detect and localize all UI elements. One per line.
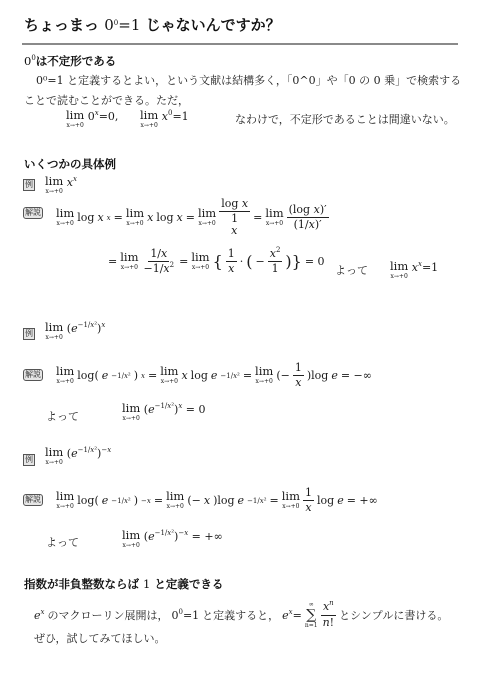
formula-lim-x0: limx→+0 x0=1 xyxy=(140,110,189,129)
example3-result: limx→+0 (e−1/x²)−x = +∞ xyxy=(122,530,223,549)
example3-problem: limx→+0 (e−1/x²)−x xyxy=(45,447,111,466)
section-heading-examples: いくつかの具体例 xyxy=(24,156,116,172)
example1-result: limx→+0 xx=1 xyxy=(390,261,438,280)
section-heading-indeterminate: 00は不定形である xyxy=(24,53,116,69)
formula-lim-0x: limx→+0 0x=0, xyxy=(66,110,118,129)
example1-problem: limx→+0 xx xyxy=(45,176,77,195)
example2-solution: limx→+0 log(e−1/x²)x = limx→+0 xlog e−1/… xyxy=(56,362,372,389)
solution-tag: 解説 xyxy=(23,205,43,219)
example-tag: 例 xyxy=(23,177,35,191)
title-divider xyxy=(22,43,458,45)
section3-line2: ぜひ，試してみてほしい。 xyxy=(34,630,166,646)
example-tag: 例 xyxy=(23,326,35,340)
section3-line1: ex のマクローリン展開は， 00=1 と定義すると， ex= ∞∑n=1 xn… xyxy=(34,601,448,629)
solution-tag: 解説 xyxy=(23,492,43,506)
therefore-label: よって xyxy=(46,408,79,424)
title-prefix: ちょっまっ xyxy=(24,16,99,34)
solution-tag: 解説 xyxy=(23,367,43,381)
example1-solution-line2: = limx→+0 1/x−1/x2 = limx→+0 {1x·(−x21)}… xyxy=(108,248,325,275)
page-title: ちょっまっ 00=1 じゃないんですか？ xyxy=(24,14,281,35)
example-tag: 例 xyxy=(23,452,35,466)
section1-conclusion: なわけで，不定形であることは間違いない。 xyxy=(235,111,455,127)
therefore-label: よって xyxy=(46,534,79,550)
example3-solution: limx→+0 log(e−1/x²)−x = limx→+0 (−x)log … xyxy=(56,487,378,514)
example2-result: limx→+0 (e−1/x²)x = 0 xyxy=(122,403,206,422)
example1-solution-line1: limx→+0 log xx = limx→+0 xlog x = limx→+… xyxy=(56,198,329,237)
section1-paragraph-line1: 0⁰=1 と定義するとよい，という文献は結構多く，「0^0」や「0 の 0 乗」… xyxy=(36,72,461,88)
therefore-label: よって xyxy=(335,262,368,278)
example2-problem: limx→+0 (e−1/x²)x xyxy=(45,322,105,341)
section-heading-nonnegative-integer: 指数が非負整数ならば 1 と定義できる xyxy=(24,576,223,592)
title-suffix: じゃないんですか？ xyxy=(146,16,281,34)
section1-paragraph-line2: ことで読むことができる。ただ， xyxy=(24,92,189,108)
